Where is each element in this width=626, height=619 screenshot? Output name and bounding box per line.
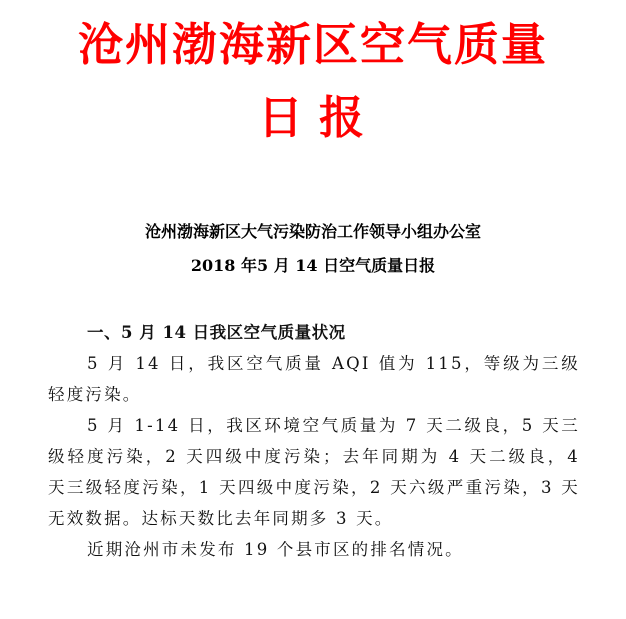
paragraph-ranking-note: 近期沧州市未发布 19 个县市区的排名情况。 [48,534,580,565]
section-heading: 一、5 月 14 日我区空气质量状况 [48,317,580,348]
report-title-line1: 沧州渤海新区空气质量 [0,20,626,70]
report-date-title: 2018 年5 月 14 日空气质量日报 [0,255,626,277]
report-title-line2: 日报 [0,93,626,143]
report-body: 一、5 月 14 日我区空气质量状况 5 月 14 日，我区空气质量 AQI 值… [48,317,580,565]
paragraph-daily-aqi: 5 月 14 日，我区空气质量 AQI 值为 115，等级为三级轻度污染。 [48,348,580,410]
paragraph-period-summary: 5 月 1-14 日，我区环境空气质量为 7 天二级良，5 天三级轻度污染，2 … [48,410,580,534]
issuing-office: 沧州渤海新区大气污染防治工作领导小组办公室 [0,221,626,243]
